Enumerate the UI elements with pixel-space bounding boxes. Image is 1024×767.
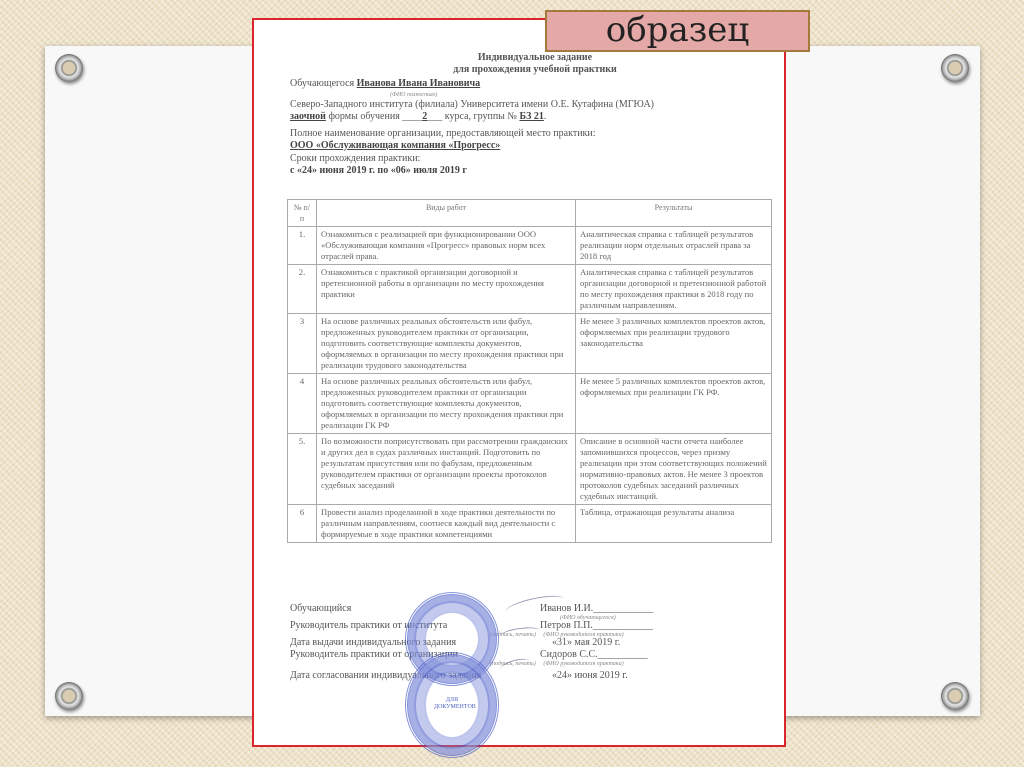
row-result: Не менее 5 различных комплектов проектов… [576,374,772,434]
table-row: 3 На основе различных реальных обстоятел… [288,314,772,374]
pin-icon [941,682,969,710]
row-num: 5. [288,434,317,505]
header-work: Виды работ [317,200,576,227]
study-form: заочной [290,111,326,122]
row-num: 1. [288,227,317,265]
signatures-block: Обучающийся Иванов И.И.____________ (ФИО… [290,603,770,682]
stamp-text: ДЛЯ ДОКУМЕНТОВ [434,697,470,711]
student-prefix: Обучающегося [290,78,354,89]
row-work: По возможности поприсутствовать при расс… [317,434,576,505]
sig-value: Сидоров С.С.__________ [540,649,648,661]
row-work: Ознакомиться с практикой организации дог… [317,265,576,314]
table-row: 5. По возможности поприсутствовать при р… [288,434,772,505]
student-line: Обучающегося Иванова Ивана Ивановича [290,78,780,91]
row-num: 4 [288,374,317,434]
sig-value: «24» июня 2019 г. [552,670,628,682]
institute-line: Северо-Западного института (филиала) Уни… [290,99,780,112]
table-row: 2. Ознакомиться с практикой организации … [288,265,772,314]
sig-value: «31» мая 2019 г. [552,637,620,649]
row-num: 2. [288,265,317,314]
row-work: На основе различных реальных обстоятельс… [317,374,576,434]
sig-label: Обучающийся [290,603,351,614]
pin-icon [941,54,969,82]
row-result: Описание в основной части отчета наиболе… [576,434,772,505]
signature-row-approval-date: Дата согласования индивидуального задани… [290,670,770,682]
student-name-caption: (ФИО полностью) [290,91,780,99]
row-num: 3 [288,314,317,374]
row-work: Провести анализ проделанной в ходе практ… [317,505,576,543]
group: БЗ 21 [519,111,543,122]
row-result: Таблица, отражающая результаты анализа [576,505,772,543]
row-result: Аналитическая справка с таблицей результ… [576,265,772,314]
org-name: ООО «Обслуживающая компания «Прогресс» [290,140,780,153]
period-label: Сроки прохождения практики: [290,153,780,166]
document-header: Индивидуальное задание для прохождения у… [290,52,780,178]
course-text: ___ курса, группы № [427,111,519,122]
row-result: Аналитическая справка с таблицей результ… [576,227,772,265]
period: с «24» июня 2019 г. по «06» июля 2019 г [290,165,780,178]
doc-title-line2: для прохождения учебной практики [290,64,780,76]
table-row: 1. Ознакомиться с реализацией при функци… [288,227,772,265]
student-name: Иванова Ивана Ивановича [357,78,481,89]
row-result: Не менее 3 различных комплектов проектов… [576,314,772,374]
sample-label: образец [545,10,810,52]
study-form-text: формы обучения ____ [326,111,422,122]
header-num: № п/п [288,200,317,227]
study-form-line: заочной формы обучения ____2___ курса, г… [290,111,780,124]
header-result: Результаты [576,200,772,227]
row-num: 6 [288,505,317,543]
row-work: На основе различных реальных обстоятельс… [317,314,576,374]
sig-value: Петров П.П.____________ [540,620,653,632]
stamp-icon: ДЛЯ ДОКУМЕНТОВ [405,652,499,758]
pin-icon [55,54,83,82]
table-header-row: № п/п Виды работ Результаты [288,200,772,227]
table-row: 6 Провести анализ проделанной в ходе пра… [288,505,772,543]
table-row: 4 На основе различных реальных обстоятел… [288,374,772,434]
row-work: Ознакомиться с реализацией при функциони… [317,227,576,265]
doc-title-line1: Индивидуальное задание [290,52,780,64]
pin-icon [55,682,83,710]
org-label: Полное наименование организации, предост… [290,128,780,141]
signature-row-issue-date: Дата выдачи индивидуального задания «31»… [290,637,770,649]
tasks-table: № п/п Виды работ Результаты 1. Ознакомит… [287,199,772,543]
